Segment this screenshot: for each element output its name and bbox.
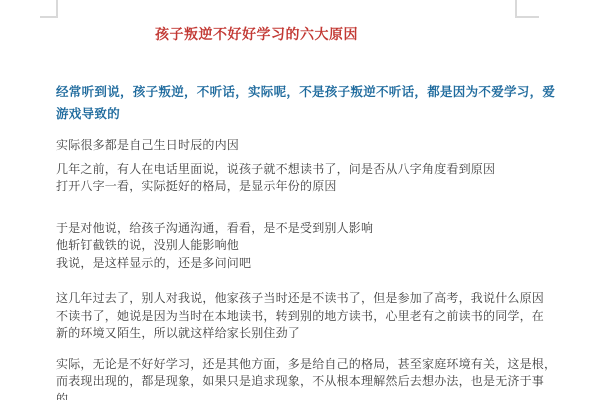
text-line: 几年之前，有人在电话里面说，说孩子就不想读书了，问是否从八字角度看到原因 — [56, 161, 556, 179]
text-line: 打开八字一看，实际挺好的格局，是显示年份的原因 — [56, 178, 556, 196]
paragraph: 实际很多都是自己生日时辰的内因 — [56, 137, 556, 155]
document-page: 孩子叛逆不好好学习的六大原因 经常听到说，孩子叛逆，不听话，实际呢，不是孩子叛逆… — [0, 0, 600, 400]
text-line: 于是对他说，给孩子沟通沟通，看看，是不是受到别人影响 — [56, 220, 556, 238]
text-line: 我说，是这样显示的，还是多问问吧 — [56, 255, 556, 273]
text-line: 的 — [56, 391, 556, 400]
document-title: 孩子叛逆不好好学习的六大原因 — [155, 24, 556, 44]
paragraph: 于是对他说，给孩子沟通沟通，看看，是不是受到别人影响 他斩钉截铁的说，没别人能影… — [56, 220, 556, 273]
text-line: 不读书了，她说是因为当时在本地读书，转到别的地方读书，心里老有之前读书的同学，在 — [56, 308, 556, 326]
text-line: 经常听到说，孩子叛逆，不听话，实际呢，不是孩子叛逆不听话，都是因为不爱学习，爱 — [56, 81, 556, 103]
text-line: 实际，无论是不好好学习，还是其他方面，多是给自己的格局，甚至家庭环境有关，这是根… — [56, 356, 556, 374]
text-line: 他斩钉截铁的说，没别人能影响他 — [56, 237, 556, 255]
paragraph: 实际，无论是不好好学习，还是其他方面，多是给自己的格局，甚至家庭环境有关，这是根… — [56, 356, 556, 400]
paragraph: 几年之前，有人在电话里面说，说孩子就不想读书了，问是否从八字角度看到原因 打开八… — [56, 161, 556, 196]
document-body: 孩子叛逆不好好学习的六大原因 经常听到说，孩子叛逆，不听话，实际呢，不是孩子叛逆… — [56, 0, 556, 400]
paragraph: 这几年过去了，别人对我说，他家孩子当时还是不读书了，但是参加了高考，我说什么原因… — [56, 290, 556, 343]
text-line: 新的环境又陌生，所以就这样给家长别住劲了 — [56, 325, 556, 343]
text-line: 而表现出现的，都是现象，如果只是追求现象，不从根本理解然后去想办法，也是无济于事 — [56, 373, 556, 391]
text-line: 游戏导致的 — [56, 103, 556, 125]
paragraph-intro-highlight: 经常听到说，孩子叛逆，不听话，实际呢，不是孩子叛逆不听话，都是因为不爱学习，爱 … — [56, 81, 556, 125]
text-line: 实际很多都是自己生日时辰的内因 — [56, 137, 556, 155]
text-line: 这几年过去了，别人对我说，他家孩子当时还是不读书了，但是参加了高考，我说什么原因 — [56, 290, 556, 308]
